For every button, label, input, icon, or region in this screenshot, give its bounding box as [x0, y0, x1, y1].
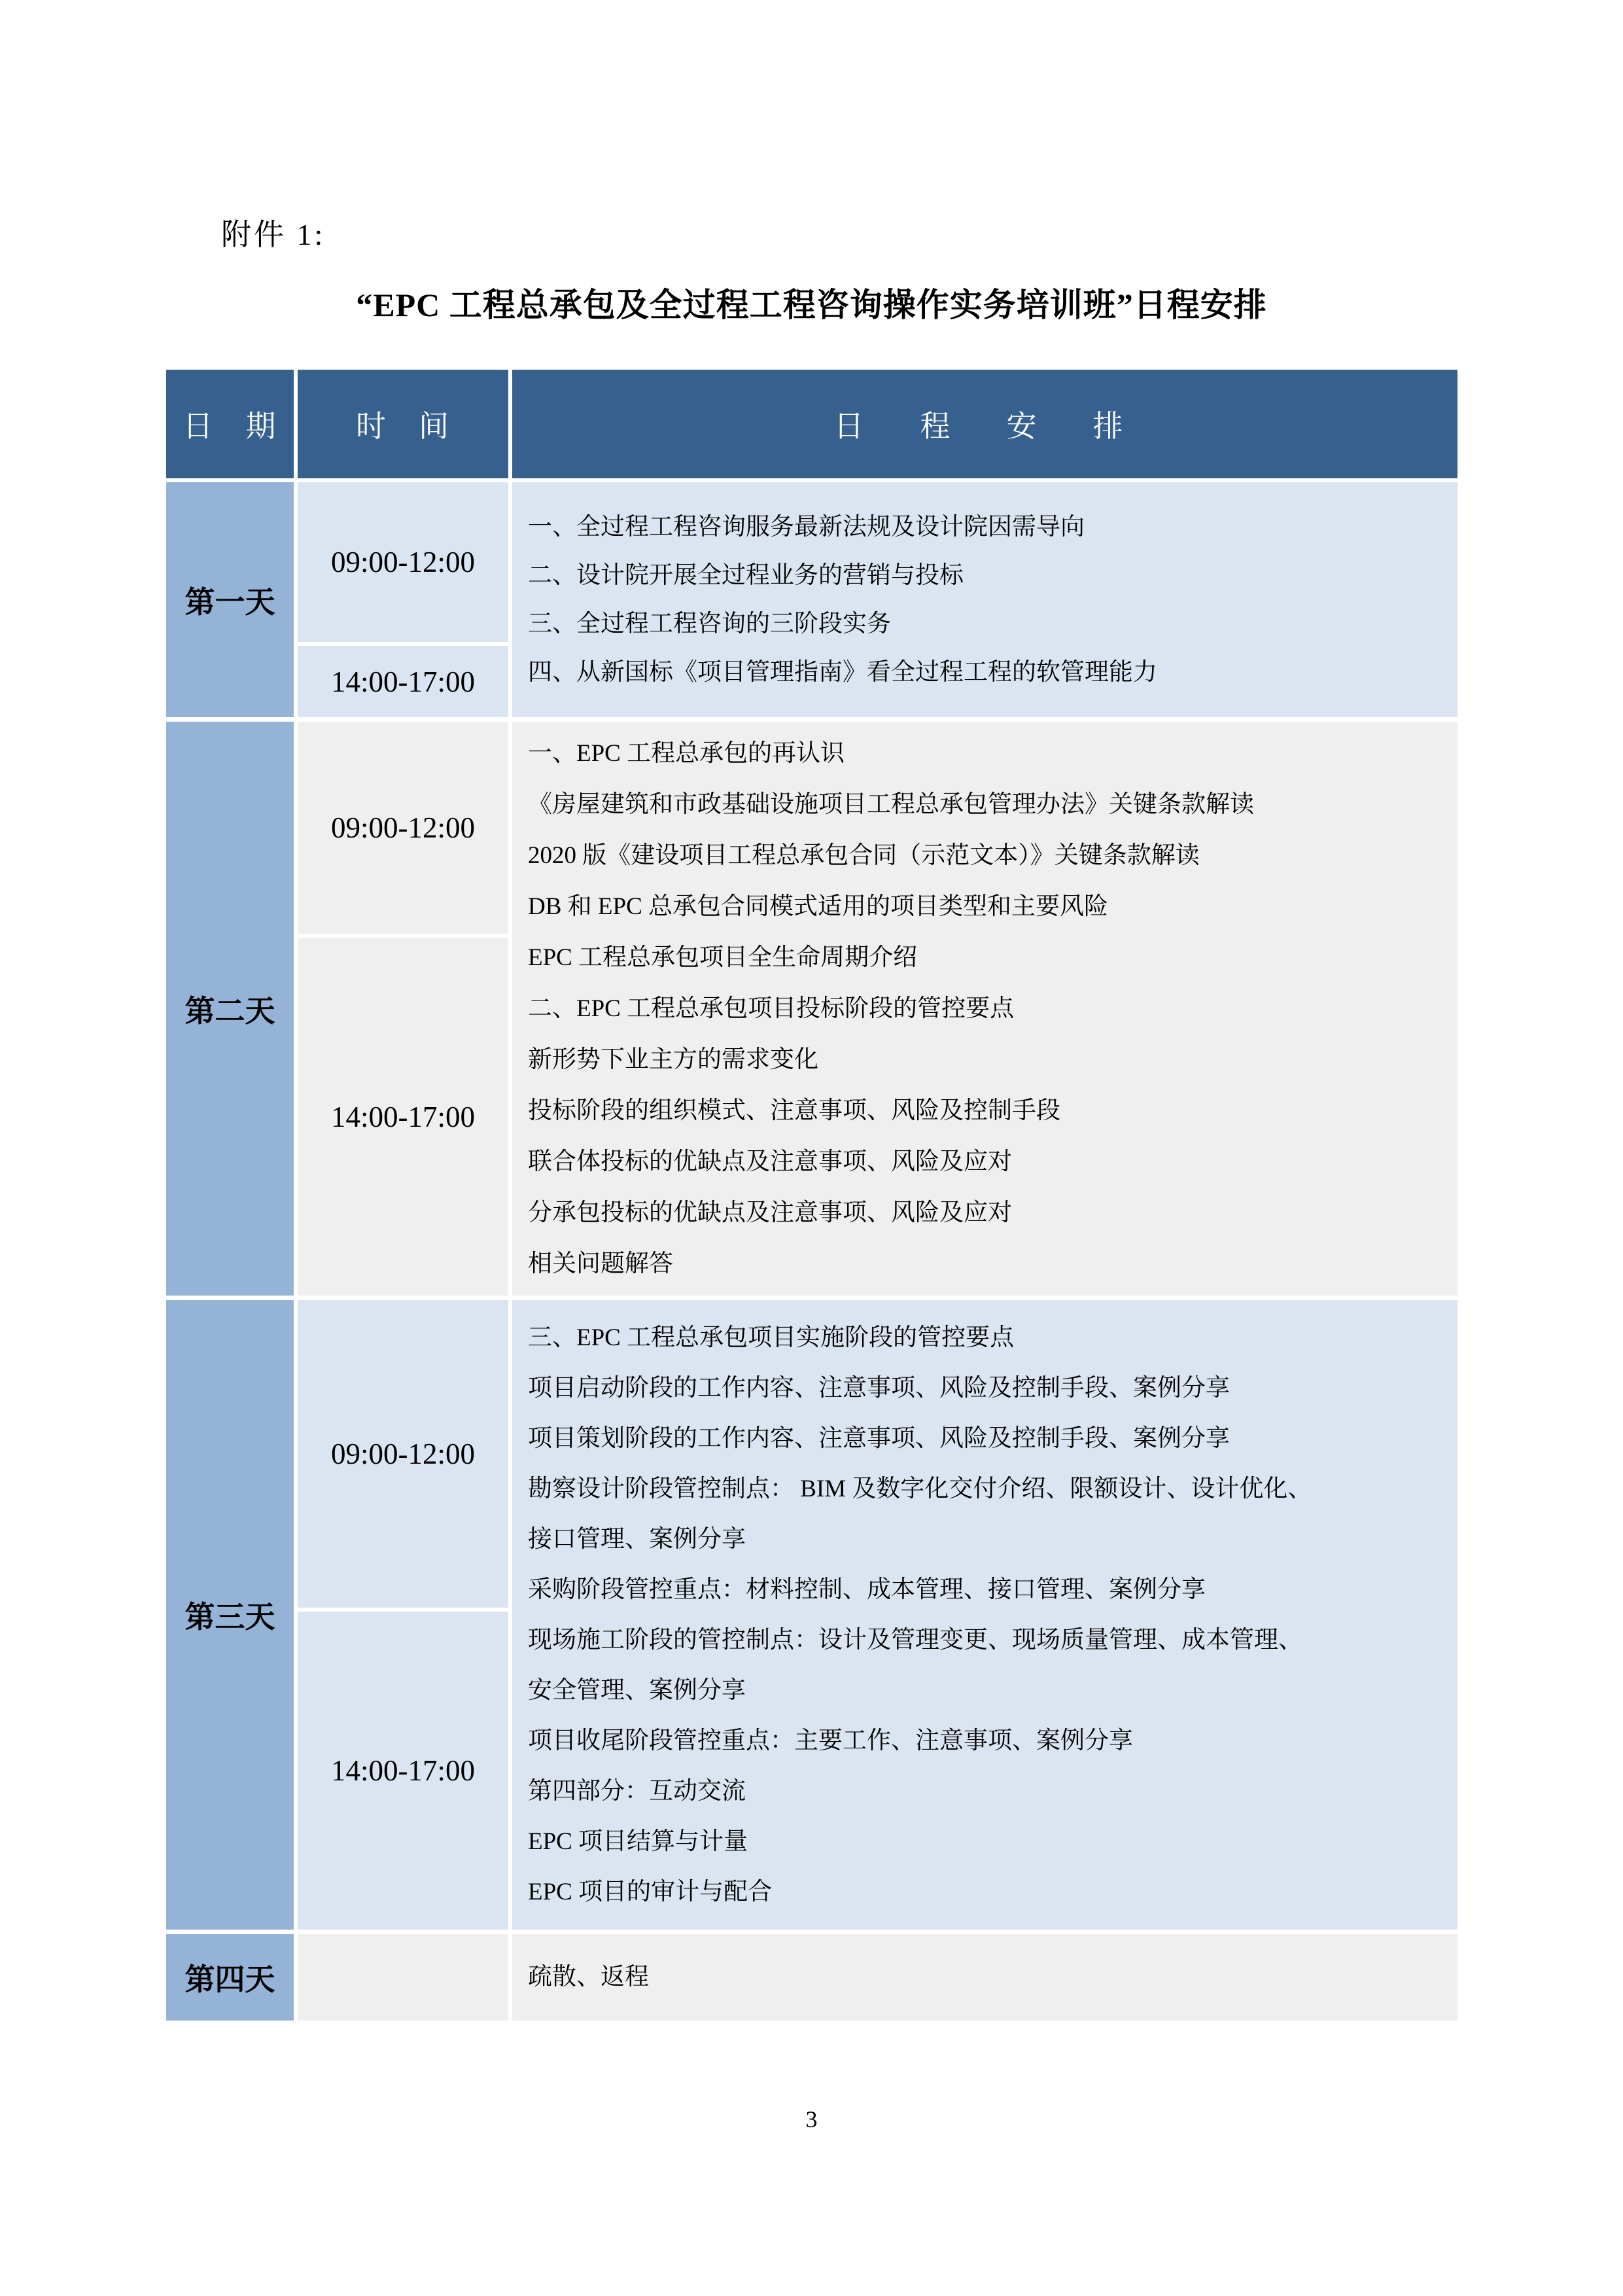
header-cell-date: 日 期: [166, 370, 294, 478]
content-cell: 疏散、返程: [512, 1934, 1457, 2021]
content-line: 一、全过程工程咨询服务最新法规及设计院因需导向: [528, 503, 1451, 552]
date-cell: 第四天: [166, 1934, 294, 2021]
content-line: 采购阶段管控重点：材料控制、成本管理、接口管理、案例分享: [528, 1564, 1451, 1615]
time-cell: 14:00-17:00: [298, 646, 508, 717]
content-line: DB 和 EPC 总承包合同模式适用的项目类型和主要风险: [528, 881, 1451, 932]
time-cell: 09:00-12:00: [298, 1300, 508, 1608]
content-line: 勘察设计阶段管控制点： BIM 及数字化交付介绍、限额设计、设计优化、: [528, 1464, 1451, 1514]
content-line: 项目收尾阶段管控重点：主要工作、注意事项、案例分享: [528, 1716, 1451, 1766]
document-page: 附件 1: “EPC 工程总承包及全过程工程咨询操作实务培训班”日程安排 日 期…: [0, 0, 1623, 2296]
page-number: 3: [0, 2106, 1623, 2133]
content-line: 联合体投标的优缺点及注意事项、风险及应对: [528, 1137, 1451, 1188]
content-line: 相关问题解答: [528, 1239, 1451, 1290]
content-line: 《房屋建筑和市政基础设施项目工程总承包管理办法》关键条款解读: [528, 779, 1451, 830]
content-line: 新形势下业主方的需求变化: [528, 1034, 1451, 1086]
header-cell-time: 时 间: [298, 370, 508, 478]
content-line: 二、设计院开展全过程业务的营销与投标: [528, 552, 1451, 600]
time-cell: 09:00-12:00: [298, 482, 508, 642]
time-cell: [298, 1934, 508, 2021]
content-line: EPC 项目结算与计量: [528, 1816, 1451, 1867]
table-body: 第一天09:00-12:0014:00-17:00一、全过程工程咨询服务最新法规…: [166, 482, 1457, 2021]
time-cell: 09:00-12:00: [298, 722, 508, 934]
content-line: 四、从新国标《项目管理指南》看全过程工程的软管理能力: [528, 648, 1451, 697]
content-line: 二、EPC 工程总承包项目投标阶段的管控要点: [528, 983, 1451, 1034]
time-cell: 14:00-17:00: [298, 938, 508, 1296]
content-line: 2020 版《建设项目工程总承包合同（示范文本）》关键条款解读: [528, 830, 1451, 881]
content-line: 现场施工阶段的管控制点：设计及管理变更、现场质量管理、成本管理、: [528, 1615, 1451, 1665]
table-header-row: 日 期 时 间 日 程 安 排: [166, 370, 1457, 478]
date-cell: 第二天: [166, 722, 294, 1296]
content-line: 疏散、返程: [528, 1962, 1451, 1992]
schedule-table: 日 期 时 间 日 程 安 排 第一天09:00-12:0014:00-17:0…: [166, 370, 1457, 2021]
time-cell: 14:00-17:00: [298, 1612, 508, 1930]
content-line: 投标阶段的组织模式、注意事项、风险及控制手段: [528, 1086, 1451, 1137]
header-cell-schedule: 日 程 安 排: [512, 370, 1457, 478]
content-line: 安全管理、案例分享: [528, 1665, 1451, 1716]
date-cell: 第三天: [166, 1300, 294, 1930]
content-line: EPC 项目的审计与配合: [528, 1867, 1451, 1917]
attachment-label: 附件 1:: [221, 211, 325, 254]
content-line: 三、全过程工程咨询的三阶段实务: [528, 600, 1451, 648]
document-title: “EPC 工程总承包及全过程工程咨询操作实务培训班”日程安排: [0, 279, 1623, 326]
content-line: 分承包投标的优缺点及注意事项、风险及应对: [528, 1188, 1451, 1239]
content-line: 接口管理、案例分享: [528, 1514, 1451, 1564]
day-block: 第二天09:00-12:0014:00-17:00一、EPC 工程总承包的再认识…: [166, 722, 1457, 1296]
content-cell: 一、EPC 工程总承包的再认识《房屋建筑和市政基础设施项目工程总承包管理办法》关…: [512, 722, 1457, 1296]
content-line: EPC 工程总承包项目全生命周期介绍: [528, 932, 1451, 983]
content-cell: 三、EPC 工程总承包项目实施阶段的管控要点项目启动阶段的工作内容、注意事项、风…: [512, 1300, 1457, 1930]
day-block: 第四天疏散、返程: [166, 1934, 1457, 2021]
content-cell: 一、全过程工程咨询服务最新法规及设计院因需导向二、设计院开展全过程业务的营销与投…: [512, 482, 1457, 717]
content-line: 三、EPC 工程总承包项目实施阶段的管控要点: [528, 1313, 1451, 1363]
day-block: 第三天09:00-12:0014:00-17:00三、EPC 工程总承包项目实施…: [166, 1300, 1457, 1930]
content-line: 第四部分：互动交流: [528, 1766, 1451, 1816]
content-line: 项目策划阶段的工作内容、注意事项、风险及控制手段、案例分享: [528, 1413, 1451, 1464]
date-cell: 第一天: [166, 482, 294, 717]
content-line: 项目启动阶段的工作内容、注意事项、风险及控制手段、案例分享: [528, 1363, 1451, 1413]
day-block: 第一天09:00-12:0014:00-17:00一、全过程工程咨询服务最新法规…: [166, 482, 1457, 717]
content-line: 一、EPC 工程总承包的再认识: [528, 728, 1451, 779]
